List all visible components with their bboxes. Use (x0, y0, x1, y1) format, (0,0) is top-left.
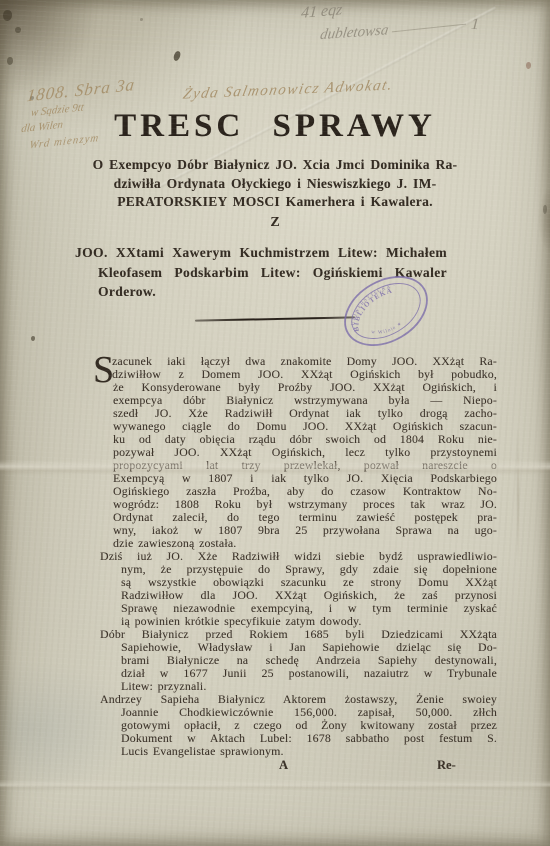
body-paragraph: Andrzey Sapieha Białynicz Aktorem żostaw… (100, 693, 497, 758)
pencil-flourish (392, 22, 466, 33)
ink-annotation-name: Żyda Salmonowicz Adwokat. (181, 77, 394, 103)
subtitle-line: PERATORSKIEY MOSCI Kamerhera i Kawalera. (61, 193, 489, 212)
ink-speck (526, 62, 531, 69)
page-title: TRESC SPRAWY (0, 108, 550, 145)
pencil-annotation-duplicate: dubletowsa (319, 17, 467, 44)
document-page: 41 eqz dubletowsa 1 Żyda Salmonowicz Adw… (0, 0, 550, 846)
vertical-crease (517, 428, 519, 563)
ink-speck (3, 10, 12, 21)
body-paragraph: Szacunek iaki łączył dwa znakomite Domy … (100, 355, 497, 550)
case-subtitle: O Exempcyo Dóbr Białynicz JO. Xcia Jmci … (61, 156, 489, 212)
versus-separator: Z (0, 215, 550, 231)
signature-mark: A (279, 758, 288, 773)
subtitle-line: dziwiłła Ordynata Ołyckiego i Nieswiszki… (61, 175, 489, 194)
pencil-annotation-text: dubletowsa (319, 22, 389, 43)
body-paragraph: Dóbr Białynicz przed Rokiem 1685 byli Dz… (100, 628, 497, 693)
ink-speck (15, 27, 21, 33)
body-line: Lucis Evangelistae sprawionym. (121, 745, 497, 758)
pencil-page-number: 1 (470, 16, 479, 35)
party-line: JOO. XXtami Xawerym Kuchmistrzem Litew: … (75, 243, 447, 263)
ink-speck (173, 50, 182, 61)
body-text: Szacunek iaki łączył dwa znakomite Domy … (100, 355, 497, 758)
ink-speck (543, 205, 547, 214)
section-rule (195, 316, 355, 321)
ink-speck (140, 18, 143, 21)
horizontal-fold (0, 780, 550, 791)
catchword: Re- (437, 758, 456, 773)
ink-speck (7, 57, 13, 65)
pencil-annotation-top: 41 eqz (300, 1, 343, 23)
body-paragraph: Dziś iuż JO. Xże Radziwiłł widzi siebie … (100, 550, 497, 628)
drop-cap: S (93, 351, 114, 389)
ink-speck (31, 336, 35, 341)
subtitle-line: O Exempcyo Dóbr Białynicz JO. Xcia Jmci … (61, 156, 489, 175)
